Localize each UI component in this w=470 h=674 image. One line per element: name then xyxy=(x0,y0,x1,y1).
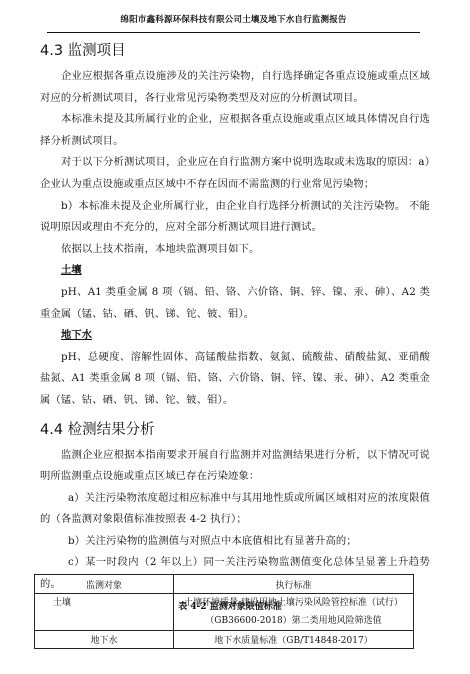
soil-subheading: 土壤 xyxy=(40,260,430,282)
groundwater-subheading: 地下水 xyxy=(40,325,430,347)
paragraph: 对于以下分析测试项目，企业应在自行监测方案中说明选取或未选取的原因：a）企业认为… xyxy=(40,152,430,195)
header-monitoring-object: 监测对象 xyxy=(35,575,174,594)
cell-object: 土壤 xyxy=(35,594,174,631)
cell-object: 地下水 xyxy=(35,631,174,649)
header-rule xyxy=(47,32,420,33)
limit-standards-table: 监测对象 执行标准 土壤 土壤环境质量 建设用地土壤污染风险管控标准（试行） （… xyxy=(34,574,414,649)
criterion-b: b）关注污染物的监测值与对照点中本底值相比有显著升高的； xyxy=(40,531,430,553)
criterion-a: a）关注污染物浓度超过相应标准中与其用地性质或所属区域相对应的浓度限值的（各监测… xyxy=(40,488,430,531)
section-4-4-title: 4.4 检测结果分析 xyxy=(40,415,430,445)
section-4-3-title: 4.3 监测项目 xyxy=(40,36,430,66)
paragraph: b）本标准未提及企业所属行业，由企业自行选择分析测试的关注污染物。 不能说明原因… xyxy=(40,196,430,239)
paragraph: 企业应根据各重点设施涉及的关注污染物，自行选择确定各重点设施或重点区域对应的分析… xyxy=(40,66,430,109)
paragraph: 监测企业应根据本指南要求开展自行监测并对监测结果进行分析，以下情况可说明所监测重… xyxy=(40,445,430,488)
page-header: 绵阳市鑫科源环保科技有限公司土壤及地下水自行监测报告 xyxy=(47,13,420,25)
standard-line: 土壤环境质量 建设用地土壤污染风险管控标准（试行） xyxy=(174,594,413,612)
document-body: 4.3 监测项目 企业应根据各重点设施涉及的关注污染物，自行选择确定各重点设施或… xyxy=(40,36,430,616)
header-standard: 执行标准 xyxy=(174,575,414,594)
paragraph: 本标准未提及其所属行业的企业，应根据各重点设施或重点区域具体情况自行选择分析测试… xyxy=(40,109,430,152)
cell-standard: 地下水质量标准（GB/T14848-2017） xyxy=(174,631,414,649)
paragraph: 依据以上技术指南，本地块监测项目如下。 xyxy=(40,239,430,261)
groundwater-items: pH、总硬度、溶解性固体、高锰酸盐指数、氨氮、硫酸盐、硝酸盐氮、亚硝酸盐氮、A1… xyxy=(40,347,430,412)
table-row: 土壤 土壤环境质量 建设用地土壤污染风险管控标准（试行） （GB36600-20… xyxy=(35,594,414,631)
soil-items: pH、A1 类重金属 8 项（镉、铅、铬、六价铬、铜、锌、镍、汞、砷）、A2 类… xyxy=(40,282,430,325)
cell-standard: 土壤环境质量 建设用地土壤污染风险管控标准（试行） （GB36600-2018）… xyxy=(174,594,414,631)
standard-line: （GB36600-2018）第二类用地风险筛选值 xyxy=(174,612,413,630)
table-header-row: 监测对象 执行标准 xyxy=(35,575,414,594)
table-row: 地下水 地下水质量标准（GB/T14848-2017） xyxy=(35,631,414,649)
